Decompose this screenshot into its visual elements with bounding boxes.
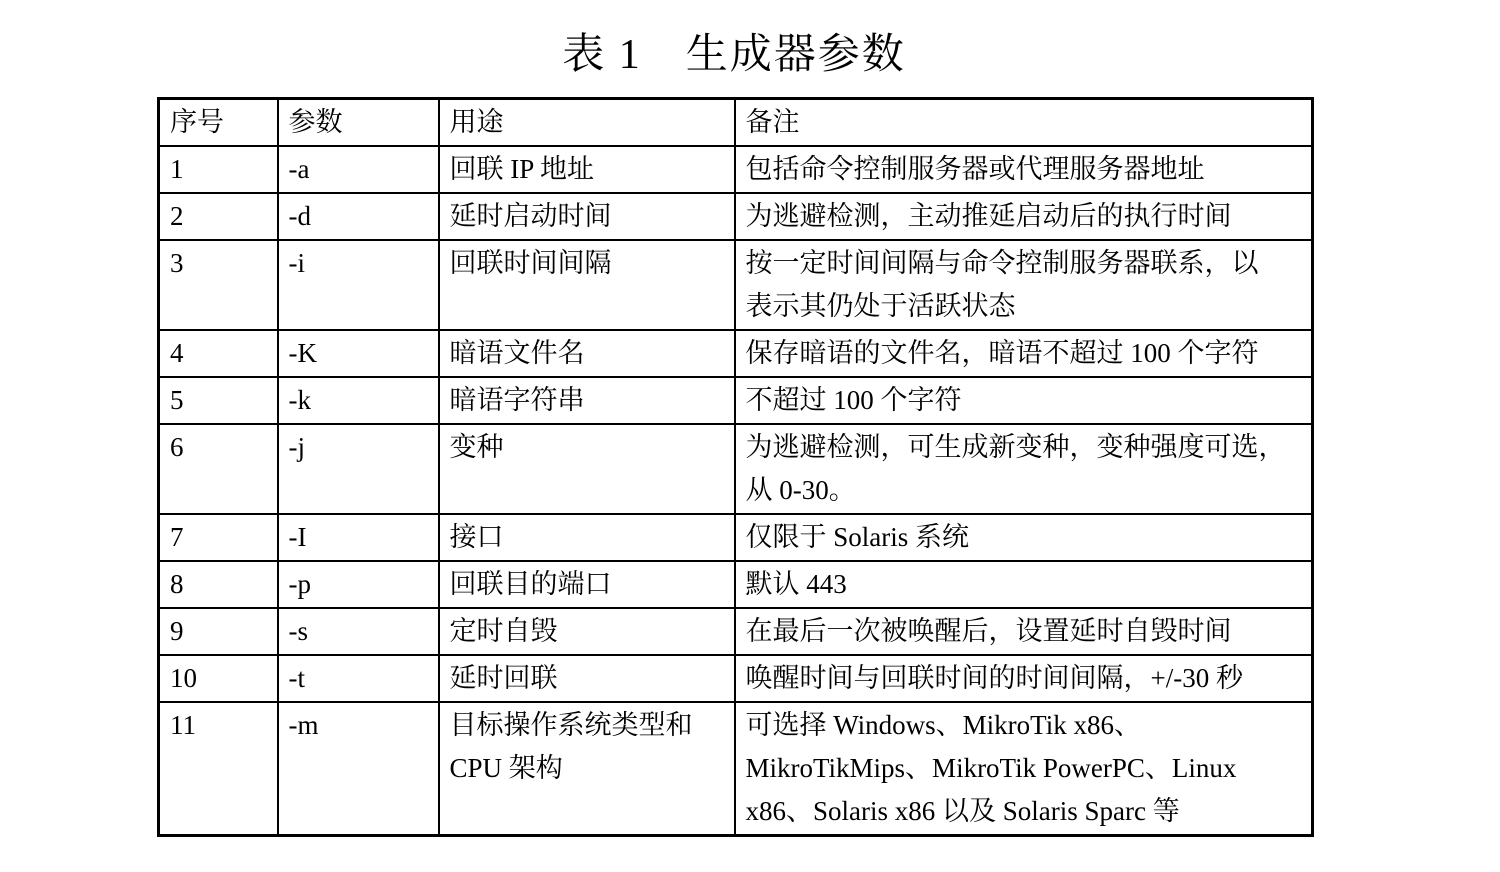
table-row: 6 -j 变种 为逃避检测，可生成新变种，变种强度可选， 从 0-30。 [159,424,1313,514]
table-row: 11 -m 目标操作系统类型和 CPU 架构 可选择 Windows、Mikro… [159,702,1313,836]
cell-param: -j [278,424,439,514]
table-row: 4 -K 暗语文件名 保存暗语的文件名，暗语不超过 100 个字符 [159,330,1313,377]
table-row: 1 -a 回联 IP 地址 包括命令控制服务器或代理服务器地址 [159,146,1313,193]
cell-remark: 保存暗语的文件名，暗语不超过 100 个字符 [735,330,1313,377]
cell-remark: 为逃避检测，主动推延启动后的执行时间 [735,193,1313,240]
cell-param: -k [278,377,439,424]
cell-param: -p [278,561,439,608]
cell-no: 9 [159,608,278,655]
cell-no: 3 [159,240,278,330]
cell-usage: 延时回联 [439,655,735,702]
header-remark: 备注 [735,99,1313,147]
table-row: 3 -i 回联时间间隔 按一定时间间隔与命令控制服务器联系，以 表示其仍处于活跃… [159,240,1313,330]
cell-usage: 变种 [439,424,735,514]
cell-usage: 暗语文件名 [439,330,735,377]
table-row: 7 -I 接口 仅限于 Solaris 系统 [159,514,1313,561]
cell-param: -t [278,655,439,702]
header-param: 参数 [278,99,439,147]
cell-param: -I [278,514,439,561]
cell-remark: 唤醒时间与回联时间的时间间隔，+/-30 秒 [735,655,1313,702]
cell-no: 8 [159,561,278,608]
cell-param: -K [278,330,439,377]
cell-remark: 不超过 100 个字符 [735,377,1313,424]
cell-remark: 仅限于 Solaris 系统 [735,514,1313,561]
page: 表 1 生成器参数 序号 参数 用途 备注 1 -a 回联 IP 地址 包括命令… [0,0,1500,872]
cell-remark: 在最后一次被唤醒后，设置延时自毁时间 [735,608,1313,655]
cell-no: 7 [159,514,278,561]
cell-param: -a [278,146,439,193]
cell-remark: 按一定时间间隔与命令控制服务器联系，以 表示其仍处于活跃状态 [735,240,1313,330]
cell-no: 10 [159,655,278,702]
cell-remark: 为逃避检测，可生成新变种，变种强度可选， 从 0-30。 [735,424,1313,514]
cell-param: -s [278,608,439,655]
cell-usage: 延时启动时间 [439,193,735,240]
document-content: 表 1 生成器参数 序号 参数 用途 备注 1 -a 回联 IP 地址 包括命令… [157,28,1311,837]
header-no: 序号 [159,99,278,147]
header-usage: 用途 [439,99,735,147]
table-row: 10 -t 延时回联 唤醒时间与回联时间的时间间隔，+/-30 秒 [159,655,1313,702]
cell-remark: 可选择 Windows、MikroTik x86、 MikroTikMips、M… [735,702,1313,836]
cell-usage: 接口 [439,514,735,561]
cell-param: -m [278,702,439,836]
cell-no: 4 [159,330,278,377]
cell-no: 2 [159,193,278,240]
cell-no: 6 [159,424,278,514]
table-title: 表 1 生成器参数 [157,28,1311,82]
table-row: 8 -p 回联目的端口 默认 443 [159,561,1313,608]
table-row: 5 -k 暗语字符串 不超过 100 个字符 [159,377,1313,424]
cell-remark: 默认 443 [735,561,1313,608]
cell-no: 1 [159,146,278,193]
table-row: 9 -s 定时自毁 在最后一次被唤醒后，设置延时自毁时间 [159,608,1313,655]
cell-no: 5 [159,377,278,424]
table-row: 2 -d 延时启动时间 为逃避检测，主动推延启动后的执行时间 [159,193,1313,240]
cell-no: 11 [159,702,278,836]
cell-usage: 回联时间间隔 [439,240,735,330]
cell-param: -d [278,193,439,240]
cell-remark: 包括命令控制服务器或代理服务器地址 [735,146,1313,193]
cell-usage: 暗语字符串 [439,377,735,424]
table-header-row: 序号 参数 用途 备注 [159,99,1313,147]
cell-usage: 回联 IP 地址 [439,146,735,193]
parameters-table: 序号 参数 用途 备注 1 -a 回联 IP 地址 包括命令控制服务器或代理服务… [157,97,1314,837]
cell-usage: 定时自毁 [439,608,735,655]
cell-usage: 目标操作系统类型和 CPU 架构 [439,702,735,836]
cell-param: -i [278,240,439,330]
cell-usage: 回联目的端口 [439,561,735,608]
